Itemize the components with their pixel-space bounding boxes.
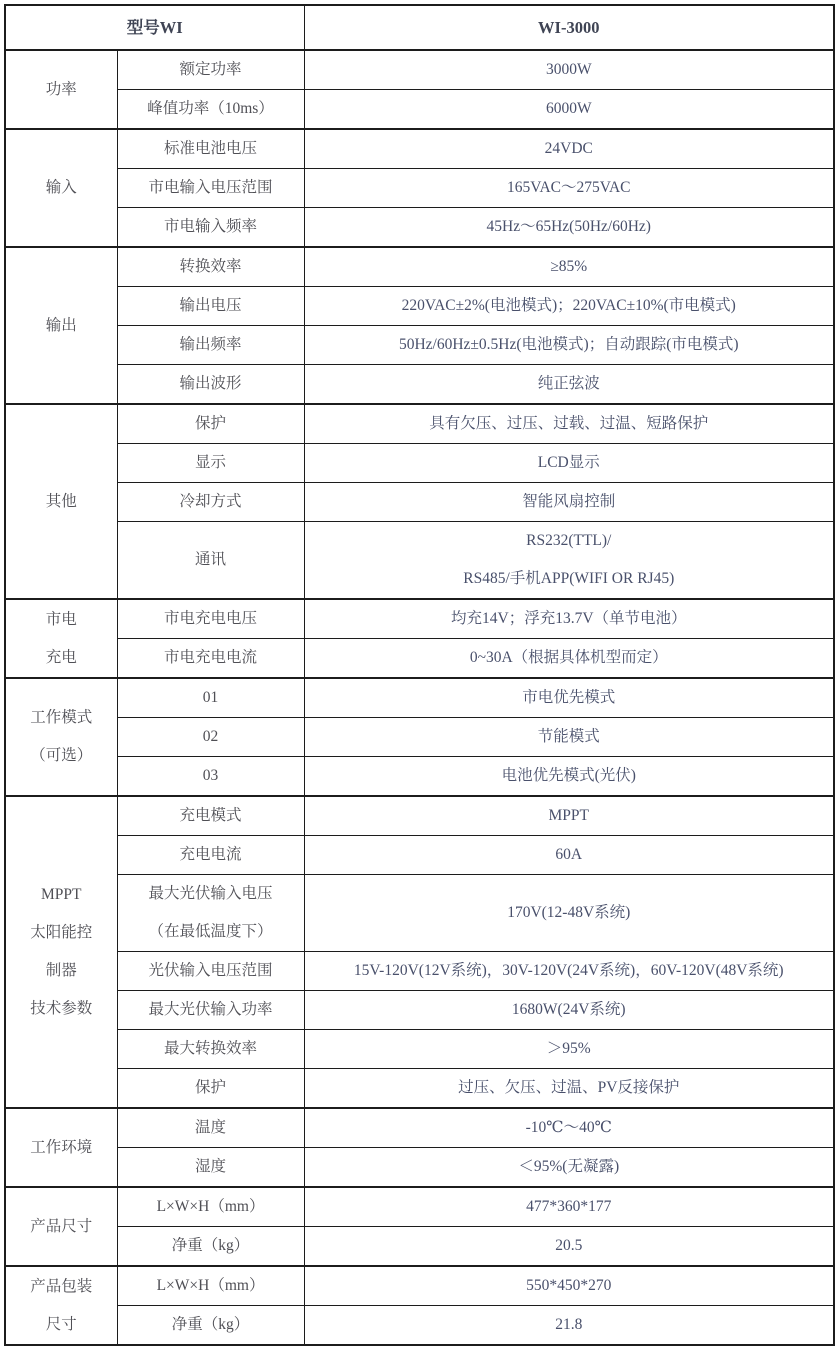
spec-row: 净重（kg）21.8 xyxy=(5,1306,834,1346)
spec-table-body: 功率额定功率3000W峰值功率（10ms）6000W输入标准电池电压24VDC市… xyxy=(5,50,834,1345)
param-cell: 02 xyxy=(117,718,304,757)
param-cell: 额定功率 xyxy=(117,50,304,90)
spec-row: 产品包装 尺寸L×W×H（mm）550*450*270 xyxy=(5,1266,834,1306)
value-cell: 具有欠压、过压、过载、过温、短路保护 xyxy=(304,404,834,444)
spec-row: 市电充电电流0~30A（根据具体机型而定） xyxy=(5,639,834,679)
spec-row: 工作环境温度-10℃～40℃ xyxy=(5,1108,834,1148)
category-cell: 市电 充电 xyxy=(5,599,117,678)
spec-row: 输出电压220VAC±2%(电池模式)；220VAC±10%(市电模式) xyxy=(5,287,834,326)
param-cell: 01 xyxy=(117,678,304,718)
param-cell: 通讯 xyxy=(117,522,304,600)
param-cell: L×W×H（mm） xyxy=(117,1266,304,1306)
value-cell: 220VAC±2%(电池模式)；220VAC±10%(市电模式) xyxy=(304,287,834,326)
value-cell: 50Hz/60Hz±0.5Hz(电池模式)；自动跟踪(市电模式) xyxy=(304,326,834,365)
spec-row: 最大光伏输入电压 （在最低温度下）170V(12-48V系统) xyxy=(5,875,834,952)
value-cell: ≥85% xyxy=(304,247,834,287)
value-cell: 1680W(24V系统) xyxy=(304,991,834,1030)
spec-row: 其他保护具有欠压、过压、过载、过温、短路保护 xyxy=(5,404,834,444)
param-cell: 净重（kg） xyxy=(117,1227,304,1267)
category-cell: MPPT 太阳能控 制器 技术参数 xyxy=(5,796,117,1108)
param-cell: 最大转换效率 xyxy=(117,1030,304,1069)
spec-row: 输出频率50Hz/60Hz±0.5Hz(电池模式)；自动跟踪(市电模式) xyxy=(5,326,834,365)
value-cell: 21.8 xyxy=(304,1306,834,1346)
spec-row: 市电 充电市电充电电压均充14V；浮充13.7V（单节电池） xyxy=(5,599,834,639)
value-cell: 过压、欠压、过温、PV反接保护 xyxy=(304,1069,834,1109)
spec-table: 型号WI WI-3000 功率额定功率3000W峰值功率（10ms）6000W输… xyxy=(4,4,835,1346)
spec-row: 02节能模式 xyxy=(5,718,834,757)
param-cell: 输出电压 xyxy=(117,287,304,326)
spec-row: 保护过压、欠压、过温、PV反接保护 xyxy=(5,1069,834,1109)
param-cell: 市电充电电流 xyxy=(117,639,304,679)
category-cell: 其他 xyxy=(5,404,117,599)
value-cell: 477*360*177 xyxy=(304,1187,834,1227)
param-cell: 输出频率 xyxy=(117,326,304,365)
spec-row: 输出转换效率≥85% xyxy=(5,247,834,287)
value-cell: RS232(TTL)/ RS485/手机APP(WIFI OR RJ45) xyxy=(304,522,834,600)
value-cell: 170V(12-48V系统) xyxy=(304,875,834,952)
param-cell: 输出波形 xyxy=(117,365,304,405)
value-cell: MPPT xyxy=(304,796,834,836)
param-cell: 湿度 xyxy=(117,1148,304,1188)
param-cell: 最大光伏输入电压 （在最低温度下） xyxy=(117,875,304,952)
param-cell: L×W×H（mm） xyxy=(117,1187,304,1227)
value-cell: 3000W xyxy=(304,50,834,90)
spec-row: 光伏输入电压范围15V-120V(12V系统)，30V-120V(24V系统)，… xyxy=(5,952,834,991)
category-cell: 产品包装 尺寸 xyxy=(5,1266,117,1345)
spec-row: 产品尺寸L×W×H（mm）477*360*177 xyxy=(5,1187,834,1227)
value-cell: 6000W xyxy=(304,90,834,130)
param-cell: 峰值功率（10ms） xyxy=(117,90,304,130)
param-cell: 保护 xyxy=(117,404,304,444)
value-cell: 60A xyxy=(304,836,834,875)
spec-row: 通讯RS232(TTL)/ RS485/手机APP(WIFI OR RJ45) xyxy=(5,522,834,600)
spec-table-header: 型号WI WI-3000 xyxy=(5,5,834,50)
param-cell: 最大光伏输入功率 xyxy=(117,991,304,1030)
spec-row: 冷却方式智能风扇控制 xyxy=(5,483,834,522)
spec-row: 最大转换效率＞95% xyxy=(5,1030,834,1069)
header-row: 型号WI WI-3000 xyxy=(5,5,834,50)
model-value-cell: WI-3000 xyxy=(304,5,834,50)
value-cell: LCD显示 xyxy=(304,444,834,483)
value-cell: 电池优先模式(光伏) xyxy=(304,757,834,797)
value-cell: 0~30A（根据具体机型而定） xyxy=(304,639,834,679)
param-cell: 充电模式 xyxy=(117,796,304,836)
value-cell: 纯正弦波 xyxy=(304,365,834,405)
value-cell: 45Hz～65Hz(50Hz/60Hz) xyxy=(304,208,834,248)
category-cell: 功率 xyxy=(5,50,117,129)
value-cell: 165VAC～275VAC xyxy=(304,169,834,208)
spec-row: 湿度＜95%(无凝露) xyxy=(5,1148,834,1188)
spec-row: 最大光伏输入功率1680W(24V系统) xyxy=(5,991,834,1030)
param-cell: 温度 xyxy=(117,1108,304,1148)
param-cell: 净重（kg） xyxy=(117,1306,304,1346)
spec-row: 输出波形纯正弦波 xyxy=(5,365,834,405)
param-cell: 市电输入电压范围 xyxy=(117,169,304,208)
param-cell: 冷却方式 xyxy=(117,483,304,522)
param-cell: 光伏输入电压范围 xyxy=(117,952,304,991)
model-label-cell: 型号WI xyxy=(5,5,304,50)
param-cell: 标准电池电压 xyxy=(117,129,304,169)
value-cell: -10℃～40℃ xyxy=(304,1108,834,1148)
spec-row: 03电池优先模式(光伏) xyxy=(5,757,834,797)
spec-row: 峰值功率（10ms）6000W xyxy=(5,90,834,130)
spec-row: 市电输入电压范围165VAC～275VAC xyxy=(5,169,834,208)
value-cell: 均充14V；浮充13.7V（单节电池） xyxy=(304,599,834,639)
value-cell: ＞95% xyxy=(304,1030,834,1069)
param-cell: 保护 xyxy=(117,1069,304,1109)
param-cell: 市电输入频率 xyxy=(117,208,304,248)
value-cell: 550*450*270 xyxy=(304,1266,834,1306)
spec-row: 功率额定功率3000W xyxy=(5,50,834,90)
spec-row: 输入标准电池电压24VDC xyxy=(5,129,834,169)
param-cell: 03 xyxy=(117,757,304,797)
param-cell: 充电电流 xyxy=(117,836,304,875)
category-cell: 输入 xyxy=(5,129,117,247)
category-cell: 工作环境 xyxy=(5,1108,117,1187)
param-cell: 转换效率 xyxy=(117,247,304,287)
param-cell: 市电充电电压 xyxy=(117,599,304,639)
value-cell: 节能模式 xyxy=(304,718,834,757)
category-cell: 输出 xyxy=(5,247,117,404)
value-cell: ＜95%(无凝露) xyxy=(304,1148,834,1188)
value-cell: 智能风扇控制 xyxy=(304,483,834,522)
spec-row: 显示LCD显示 xyxy=(5,444,834,483)
spec-row: 工作模式 （可选）01市电优先模式 xyxy=(5,678,834,718)
value-cell: 24VDC xyxy=(304,129,834,169)
spec-row: 净重（kg）20.5 xyxy=(5,1227,834,1267)
spec-row: 市电输入频率45Hz～65Hz(50Hz/60Hz) xyxy=(5,208,834,248)
spec-row: MPPT 太阳能控 制器 技术参数充电模式MPPT xyxy=(5,796,834,836)
param-cell: 显示 xyxy=(117,444,304,483)
category-cell: 产品尺寸 xyxy=(5,1187,117,1266)
spec-sheet-page: 型号WI WI-3000 功率额定功率3000W峰值功率（10ms）6000W输… xyxy=(0,0,839,1346)
value-cell: 15V-120V(12V系统)，30V-120V(24V系统)，60V-120V… xyxy=(304,952,834,991)
spec-row: 充电电流60A xyxy=(5,836,834,875)
category-cell: 工作模式 （可选） xyxy=(5,678,117,796)
value-cell: 20.5 xyxy=(304,1227,834,1267)
value-cell: 市电优先模式 xyxy=(304,678,834,718)
